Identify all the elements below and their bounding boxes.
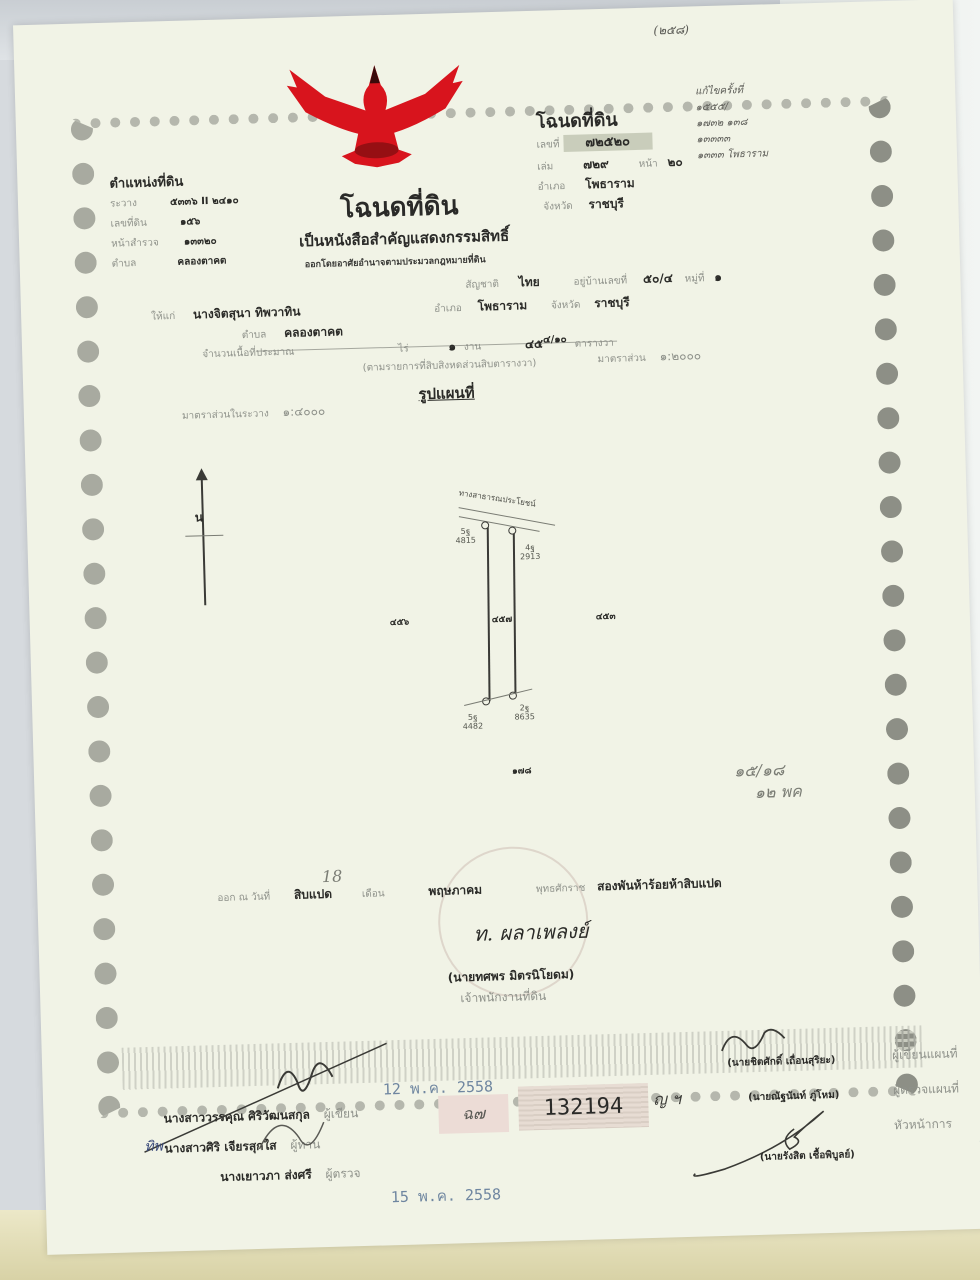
north-arrowhead-icon — [195, 468, 207, 480]
scale-right: มาตราส่วน ๑:๒๐๐๐ — [597, 346, 701, 368]
north-label: น — [195, 508, 204, 527]
side-notes: แก้ไขครั้งที่ ๑๕๕๕/ ๑๗๓๒ ๑๓๘ ๑๓๓๓๓ ๑๓๓๓ … — [695, 82, 769, 164]
handwritten-ref: (๒๕๘) — [653, 20, 689, 40]
handwritten-day: 18 — [322, 867, 343, 887]
staff-checker: นางเยาวภา ส่งศรี ผู้ตรวจ — [220, 1164, 361, 1187]
parcel-right: ๔๕๓ — [596, 609, 616, 624]
document-title: โฉนดที่ดิน — [340, 185, 459, 229]
marker-label: 4ฐ2913 — [520, 543, 541, 562]
staff-map-writer-role: ผู้เขียนแผนที่ — [892, 1044, 958, 1065]
parcel-bottom: ๑๗๘ — [512, 763, 532, 778]
land-title-deed: (๒๕๘) ตำแหน่งที่ดิน ระวาง ๕๓๓๖ II ๒๔๑๐ เ… — [13, 0, 980, 1255]
serial-prefix-box: ฉ๗ — [438, 1094, 509, 1134]
pencil-note: ๑๕/๑๘ ๑๒ พค — [734, 759, 802, 805]
province-row: จังหวัด ราชบุรี — [543, 194, 624, 215]
signature-scribble-head — [683, 1098, 845, 1182]
deed-number-row: เลขที่ ๗๒๕๒๐ — [536, 130, 652, 154]
map-scale: มาตราส่วนในระวาง ๑:๔๐๐๐ — [182, 402, 326, 425]
map-heading: รูปแผนที่ — [418, 381, 475, 407]
parcel-left: ๔๕๖ — [390, 615, 410, 630]
date-stamp-2: 15 พ.ค. 2558 — [391, 1182, 502, 1209]
signature-map-checker: ญ ฯ — [653, 1087, 681, 1113]
marker-label: 5ฐ4815 — [455, 527, 476, 546]
staff-head-name: (นายรังสิต เชื้อพิบูลย์) — [760, 1147, 855, 1165]
staff-head-role: หัวหน้าการ — [894, 1115, 952, 1136]
staff-map-writer-name: (นายชิตศักดิ์ เถื่อนสุริยะ) — [727, 1053, 836, 1071]
parcel-center: ๔๕๗ — [492, 612, 513, 627]
deed-number: ๗๒๕๒๐ — [563, 133, 652, 152]
land-position-table: ระวาง ๕๓๓๖ II ๒๔๑๐ เลขที่ดิน ๑๕๖ หน้าสำร… — [110, 189, 302, 274]
official-title: เจ้าพนักงานที่ดิน — [460, 987, 546, 1008]
district-row: อำเภอ โพธาราม — [537, 174, 634, 196]
signature-scribble-left — [136, 1035, 399, 1162]
owner-name: นางจิตสุนา ทิพวาทิน — [193, 304, 301, 321]
initials-blue: ทิพ — [144, 1136, 163, 1159]
staff-map-checker-role: ผู้ตรวจแผนที่ — [893, 1079, 959, 1100]
book-page-row: เล่ม ๗๒๙ หน้า ๒๐ — [537, 153, 683, 176]
marker-label: 2ฐ8635 — [514, 703, 535, 722]
land-position-heading: ตำแหน่งที่ดิน — [109, 171, 183, 194]
garuda-emblem-icon — [284, 53, 467, 178]
serial-number: 132194 — [518, 1083, 649, 1131]
marker-label: 5ฐ4482 — [462, 713, 483, 732]
official-signature: ท. ผลาเพลงย์ — [473, 915, 589, 950]
official-name: (นายทศพร มิตรนิโยดม) — [448, 965, 575, 988]
